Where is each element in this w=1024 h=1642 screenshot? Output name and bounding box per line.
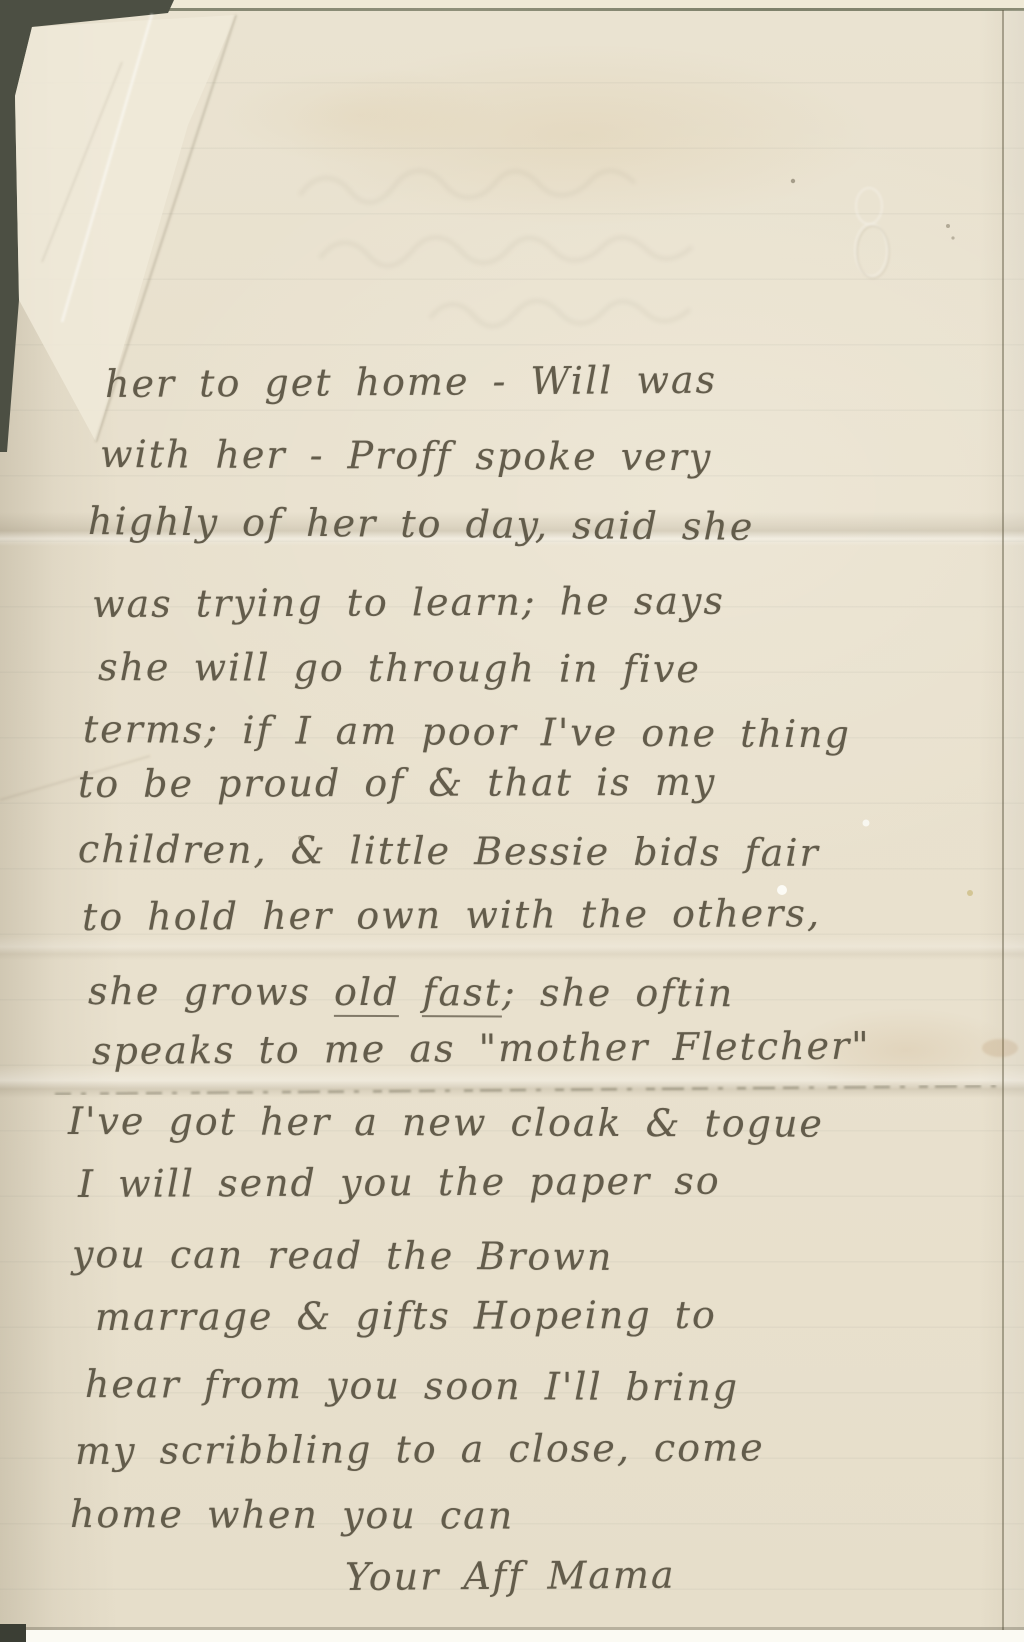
- letter-line-13: I will send you the paper so: [78, 1162, 721, 1203]
- letter-line-7: to be proud of & that is my: [78, 763, 716, 803]
- letter-line-15: marrage & gifts Hopeing to: [95, 1296, 717, 1336]
- letter-line-16: hear from you soon I'll bring: [85, 1365, 739, 1406]
- letter-line-10: she grows old fast; she oftin: [88, 972, 734, 1012]
- line-10-mid: [399, 970, 422, 1014]
- letter-line-4: was trying to learn; he says: [92, 582, 725, 623]
- letter-line-12: I've got her a new cloak & togue: [68, 1102, 824, 1143]
- middle-fold-line: [55, 1086, 1008, 1094]
- underlined-word-fast: fast: [422, 970, 502, 1017]
- letter-line-8: children, & little Bessie bids fair: [78, 830, 820, 872]
- line-10-post: ; she oftin: [502, 970, 734, 1015]
- letter-line-9: to hold her own with the others,: [82, 894, 821, 936]
- underlined-word-old: old: [334, 970, 400, 1017]
- emboss-seal: [855, 188, 889, 278]
- letter-line-6: terms; if I am poor I've one thing: [83, 710, 851, 753]
- letter-line-14: you can read the Brown: [72, 1235, 614, 1276]
- letter-line-17: my scribbling to a close, come: [75, 1428, 765, 1470]
- letter-line-1: her to get home - Will was: [105, 361, 717, 403]
- line-10-pre: she grows: [88, 969, 334, 1014]
- letter-scan: her to get home - Will was with her - Pr…: [0, 0, 1024, 1642]
- letter-signature: Your Aff Mama: [345, 1556, 676, 1596]
- bleed-through-ghost-writing: [300, 171, 692, 327]
- letter-line-3: highly of her to day, said she: [88, 502, 755, 546]
- letter-line-5: she will go through in five: [98, 648, 701, 688]
- letter-line-2: with her - Proff spoke very: [100, 435, 713, 476]
- letter-line-11: speaks to me as "mother Fletcher": [92, 1027, 871, 1070]
- letter-line-18: home when you can: [70, 1495, 514, 1535]
